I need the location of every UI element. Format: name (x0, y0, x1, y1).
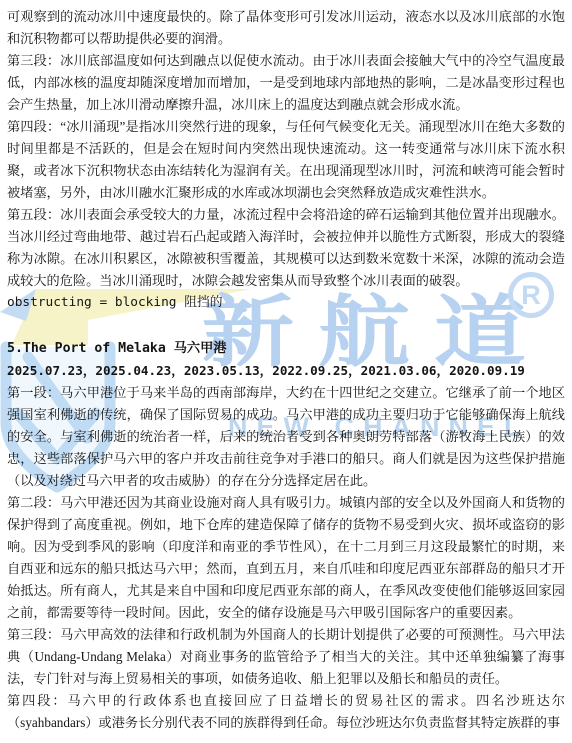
paragraph-melaka-2: 第二段：马六甲港还因为其商业设施对商人具有吸引力。城镇内部的安全以及外国商人和货… (7, 492, 565, 624)
paragraph-glacier-crevasse: 第五段：冰川表面会承受较大的力量，冰流过程中会将沿途的碎石运输到其他位置并出现融… (7, 204, 565, 292)
document-body: 可观察到的流动冰川中速度最快的。除了晶体变形可引发冰川运动，液态水以及冰川底部的… (0, 0, 572, 743)
section-title-melaka: 5.The Port of Melaka 马六甲港 (7, 338, 565, 360)
paragraph-melaka-3: 第三段：马六甲高效的法律和行政机制为外国商人的长期计划提供了必要的可预测性。马六… (7, 624, 565, 690)
paragraph-glacier-surge: 第四段：“冰川涌现”是指冰川突然行进的现象，与任何气候变化无关。涌现型冰川在绝大… (7, 116, 565, 204)
exam-dates-line: 2025.07.23，2025.04.23，2023.05.13，2022.09… (7, 360, 565, 382)
paragraph-melaka-4: 第四段：马六甲的行政体系也直接回应了日益增长的贸易社区的需求。四名沙班达尔（sy… (7, 690, 565, 734)
document-page: { "watermark": { "brand_cn": "新航道", "bra… (0, 0, 572, 743)
paragraph-glacier-melting: 第三段：冰川底部温度如何达到融点以促使水流动。由于冰川表面会接触大气中的冷空气温… (7, 50, 565, 116)
paragraph-glacier-speed: 可观察到的流动冰川中速度最快的。除了晶体变形可引发冰川运动，液态水以及冰川底部的… (7, 6, 565, 50)
paragraph-melaka-1: 第一段：马六甲港位于马来半岛的西南部海岸，大约在十四世纪之交建立。它继承了前一个… (7, 382, 565, 492)
vocab-line: obstructing = blocking 阻挡的 (7, 292, 565, 314)
